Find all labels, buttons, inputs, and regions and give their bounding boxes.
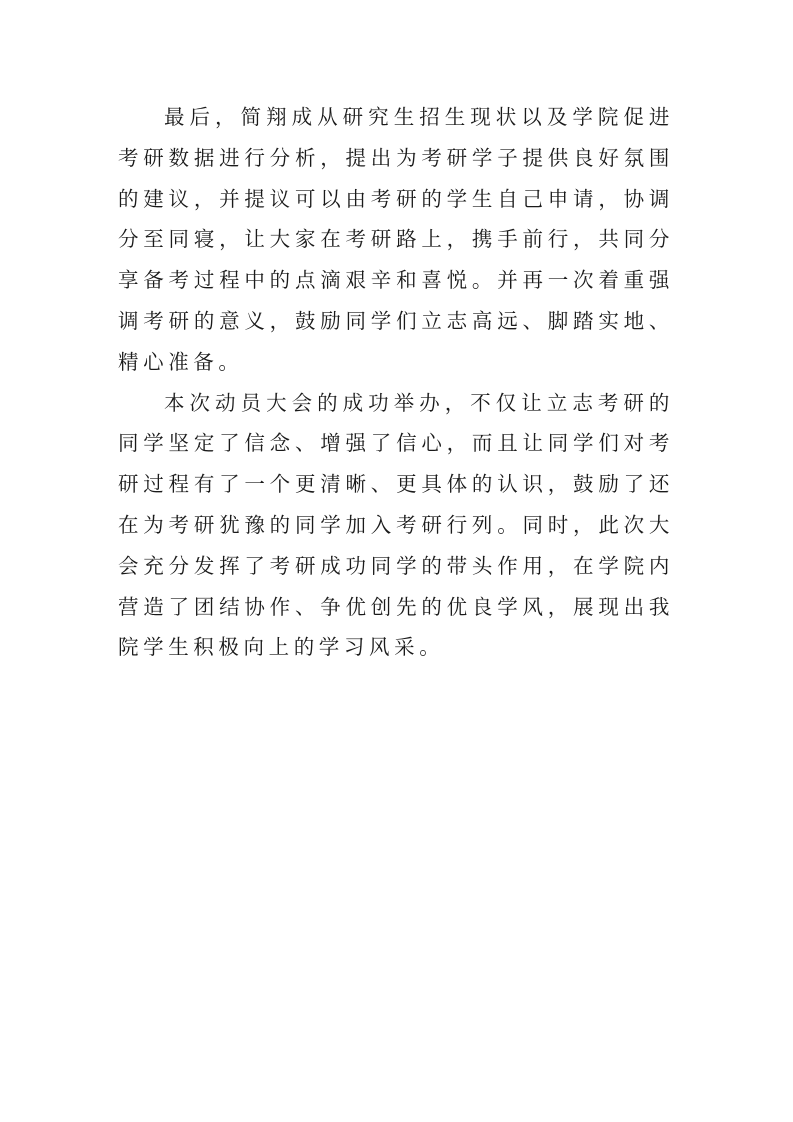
paragraph-summary: 本次动员大会的成功举办，不仅让立志考研的同学坚定了信念、增强了信心，而且让同学们…	[118, 383, 674, 669]
document-page: 最后，简翔成从研究生招生现状以及学院促进考研数据进行分析，提出为考研学子提供良好…	[118, 97, 674, 668]
paragraph-closing-remarks: 最后，简翔成从研究生招生现状以及学院促进考研数据进行分析，提出为考研学子提供良好…	[118, 97, 674, 383]
